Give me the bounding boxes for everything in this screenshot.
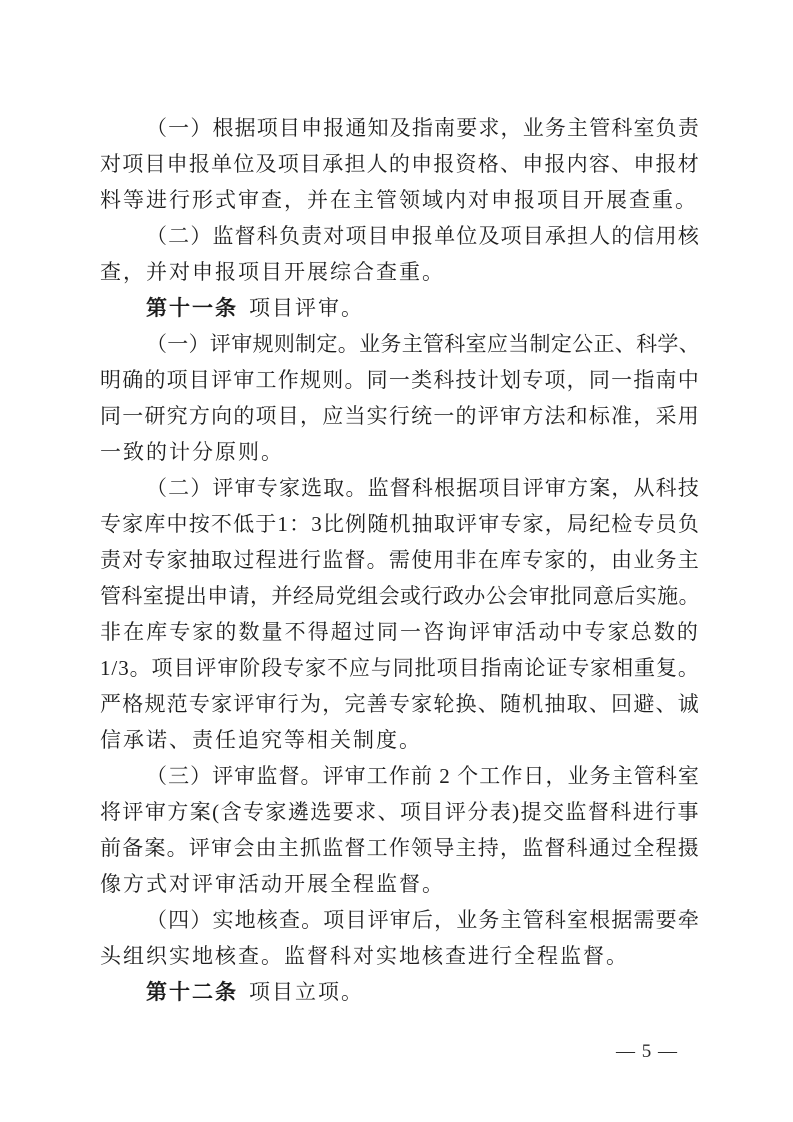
text-run: 像方式对评审活动开展全程监督。 xyxy=(100,872,445,896)
text-run: 对项目申报单位及项目承担人的申报资格、申报内容、申报材 xyxy=(100,152,700,176)
text-line: 专家库中按不低于1：3比例随机抽取评审专家，局纪检专员负 xyxy=(100,506,700,542)
text-run: （三）评审监督。评审工作前 2 个工作日，业务主管科室 xyxy=(146,764,700,788)
text-run: 一致的计分原则。 xyxy=(100,440,284,464)
text-line: 严格规范专家评审行为，完善专家轮换、随机抽取、回避、诚 xyxy=(100,686,700,722)
text-run: （一）根据项目申报通知及指南要求，业务主管科室负责 xyxy=(146,116,700,140)
article-number: 第十二条 xyxy=(146,980,238,1004)
text-line: 1/3。项目评审阶段专家不应与同批项目指南论证专家相重复。 xyxy=(100,650,700,686)
paragraph: （一）根据项目申报通知及指南要求，业务主管科室负责对项目申报单位及项目承担人的申… xyxy=(100,110,700,218)
text-run: （一）评审规则制定。业务主管科室应当制定公正、科学、 xyxy=(146,332,700,356)
text-line: 查，并对申报项目开展综合查重。 xyxy=(100,254,700,290)
text-run: （二）评审专家选取。监督科根据项目评审方案，从科技 xyxy=(146,476,700,500)
text-line: 非在库专家的数量不得超过同一咨询评审活动中专家总数的 xyxy=(100,614,700,650)
text-line: （四）实地核查。项目评审后，业务主管科室根据需要牵 xyxy=(100,902,700,938)
page-number: — 5 — xyxy=(616,1041,678,1063)
text-line: 前备案。评审会由主抓监督工作领导主持，监督科通过全程摄 xyxy=(100,830,700,866)
paragraph: （一）评审规则制定。业务主管科室应当制定公正、科学、明确的项目评审工作规则。同一… xyxy=(100,326,700,470)
paragraph: （二）监督科负责对项目申报单位及项目承担人的信用核查，并对申报项目开展综合查重。 xyxy=(100,218,700,290)
document-page: （一）根据项目申报通知及指南要求，业务主管科室负责对项目申报单位及项目承担人的申… xyxy=(0,0,793,1122)
text-run: 信承诺、责任追究等相关制度。 xyxy=(100,728,422,752)
text-line: 责对专家抽取过程进行监督。需使用非在库专家的，由业务主 xyxy=(100,542,700,578)
text-run: 项目立项。 xyxy=(249,980,364,1004)
text-line: （一）根据项目申报通知及指南要求，业务主管科室负责 xyxy=(100,110,700,146)
text-run: 料等进行形式审查，并在主管领域内对申报项目开展查重。 xyxy=(100,188,698,212)
text-run: 非在库专家的数量不得超过同一咨询评审活动中专家总数的 xyxy=(100,620,700,644)
text-run: （二）监督科负责对项目申报单位及项目承担人的信用核 xyxy=(146,224,700,248)
text-run: 将评审方案(含专家遴选要求、项目评分表)提交监督科进行事 xyxy=(100,800,700,824)
text-line: 对项目申报单位及项目承担人的申报资格、申报内容、申报材 xyxy=(100,146,700,182)
text-run: 前备案。评审会由主抓监督工作领导主持，监督科通过全程摄 xyxy=(100,836,700,860)
text-line: 头组织实地核查。监督科对实地核查进行全程监督。 xyxy=(100,938,700,974)
text-line: 同一研究方向的项目，应当实行统一的评审方法和标准，采用 xyxy=(100,398,700,434)
text-line: 像方式对评审活动开展全程监督。 xyxy=(100,866,700,902)
document-content: （一）根据项目申报通知及指南要求，业务主管科室负责对项目申报单位及项目承担人的申… xyxy=(100,110,700,1010)
text-run: 管科室提出申请，并经局党组会或行政办公会审批同意后实施。 xyxy=(100,584,700,608)
text-run: 查，并对申报项目开展综合查重。 xyxy=(100,260,445,284)
text-run: 明确的项目评审工作规则。同一类科技计划专项，同一指南中 xyxy=(100,368,700,392)
text-run: 严格规范专家评审行为，完善专家轮换、随机抽取、回避、诚 xyxy=(100,692,700,716)
paragraph: （二）评审专家选取。监督科根据项目评审方案，从科技专家库中按不低于1：3比例随机… xyxy=(100,470,700,758)
text-line: 料等进行形式审查，并在主管领域内对申报项目开展查重。 xyxy=(100,182,700,218)
text-run: 头组织实地核查。监督科对实地核查进行全程监督。 xyxy=(100,944,629,968)
article-number: 第十一条 xyxy=(146,296,238,320)
text-line: 信承诺、责任追究等相关制度。 xyxy=(100,722,700,758)
paragraph: 第十二条项目立项。 xyxy=(100,974,700,1010)
text-line: 一致的计分原则。 xyxy=(100,434,700,470)
text-line: （三）评审监督。评审工作前 2 个工作日，业务主管科室 xyxy=(100,758,700,794)
paragraph: （三）评审监督。评审工作前 2 个工作日，业务主管科室将评审方案(含专家遴选要求… xyxy=(100,758,700,902)
text-run: 1/3。项目评审阶段专家不应与同批项目指南论证专家相重复。 xyxy=(100,656,700,680)
paragraph: （四）实地核查。项目评审后，业务主管科室根据需要牵头组织实地核查。监督科对实地核… xyxy=(100,902,700,974)
text-line: （二）评审专家选取。监督科根据项目评审方案，从科技 xyxy=(100,470,700,506)
paragraph: 第十一条项目评审。 xyxy=(100,290,700,326)
text-run: （四）实地核查。项目评审后，业务主管科室根据需要牵 xyxy=(146,908,700,932)
text-line: 第十二条项目立项。 xyxy=(100,974,700,1010)
text-line: 第十一条项目评审。 xyxy=(100,290,700,326)
text-line: （二）监督科负责对项目申报单位及项目承担人的信用核 xyxy=(100,218,700,254)
text-line: 管科室提出申请，并经局党组会或行政办公会审批同意后实施。 xyxy=(100,578,700,614)
text-run: 项目评审。 xyxy=(249,296,364,320)
text-line: 明确的项目评审工作规则。同一类科技计划专项，同一指南中 xyxy=(100,362,700,398)
text-run: 责对专家抽取过程进行监督。需使用非在库专家的，由业务主 xyxy=(100,548,700,572)
text-run: 专家库中按不低于1：3比例随机抽取评审专家，局纪检专员负 xyxy=(100,512,700,536)
text-line: 将评审方案(含专家遴选要求、项目评分表)提交监督科进行事 xyxy=(100,794,700,830)
text-line: （一）评审规则制定。业务主管科室应当制定公正、科学、 xyxy=(100,326,700,362)
text-run: 同一研究方向的项目，应当实行统一的评审方法和标准，采用 xyxy=(100,404,700,428)
